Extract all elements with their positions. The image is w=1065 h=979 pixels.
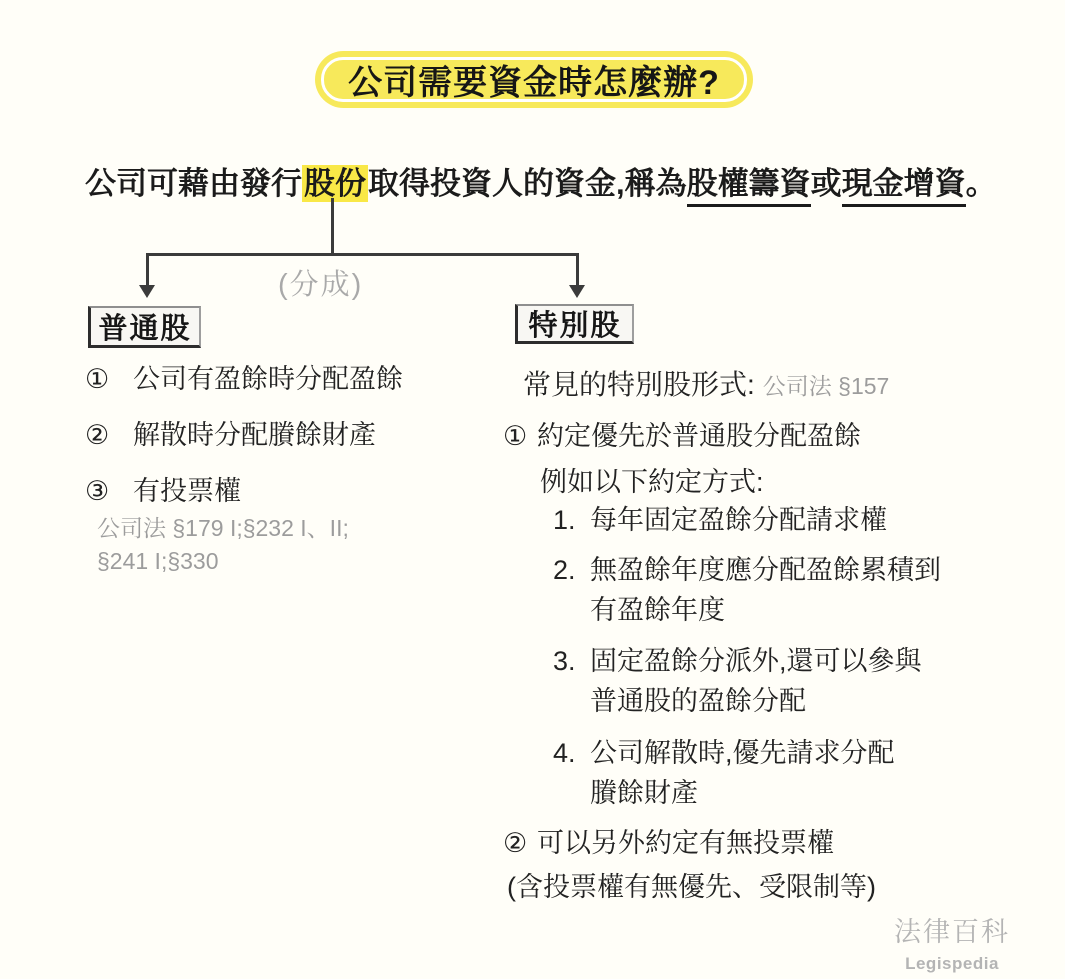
common-stock-law-reference: 公司法 §179 I;§232 I、II; §241 I;§330 [97,512,349,578]
down-arrow-icon-right [569,285,585,298]
voting-rights-note: (含投票權有無優先、受限制等) [507,865,876,904]
example-text: 無盈餘年度應分配盈餘累積到有盈餘年度 [590,550,941,630]
tree-stem-line [331,198,334,255]
underlined-term-2: 現金增資 [842,166,966,207]
underlined-term-1: 股權籌資 [687,166,811,207]
examples-intro: 例如以下約定方式: [540,460,764,499]
intro-sentence: 公司可藉由發行股份取得投資人的資金,稱為股權籌資或現金增資。 [85,158,997,203]
example-text: 每年固定盈餘分配請求權 [590,500,887,540]
example-text: 公司解散時,優先請求分配賸餘財產 [590,733,895,813]
example-1: 1. 每年固定盈餘分配請求權 [553,500,887,540]
intro-suffix: 。 [966,166,997,201]
item-text: 約定優先於普通股分配盈餘 [537,419,861,453]
heading-text: 常見的特別股形式: [523,369,755,400]
circled-number: ② [85,418,133,452]
example-4: 4. 公司解散時,優先請求分配賸餘財產 [553,733,895,813]
item-text: 解散時分配賸餘財產 [133,418,376,452]
preferred-stock-heading: 常見的特別股形式:公司法 §157 [523,363,889,403]
item-text: 有投票權 [133,474,241,508]
intro-prefix: 公司可藉由發行 [85,166,302,201]
example-3: 3. 固定盈餘分派外,還可以參與普通股的盈餘分配 [553,641,922,721]
page-title: 公司需要資金時怎麼辦? [348,55,720,104]
example-number: 4. [553,733,590,813]
heading-law-reference: 公司法 §157 [763,373,890,399]
tree-right-drop-line [576,253,579,287]
circled-number: ① [85,362,133,396]
item-text: 公司有盈餘時分配盈餘 [133,362,403,396]
preferred-stock-item-2: ② 可以另外約定有無投票權 [503,826,834,860]
common-stock-item-1: ① 公司有盈餘時分配盈餘 [85,362,403,396]
example-number: 2. [553,550,590,630]
brand-name: 法律百科 [892,910,1012,949]
example-number: 1. [553,500,590,540]
intro-conjunction: 或 [811,166,842,201]
item-text: 可以另外約定有無投票權 [537,826,834,860]
intro-middle: 取得投資人的資金,稱為 [368,166,687,201]
circled-number: ① [503,419,537,453]
example-text: 固定盈餘分派外,還可以參與普通股的盈餘分配 [590,641,922,721]
highlighted-term: 股份 [302,165,368,202]
common-stock-item-2: ② 解散時分配賸餘財產 [85,418,376,452]
tree-left-drop-line [146,253,149,287]
title-badge-inner-border: 公司需要資金時怎麼辦? [321,57,747,102]
common-stock-box: 普通股 [88,306,201,348]
common-stock-item-3: ③ 有投票權 [85,474,241,508]
brand-footer: 法律百科 Legispedia [892,910,1012,974]
preferred-stock-item-1: ① 約定優先於普通股分配盈餘 [503,419,861,453]
brand-name-english: Legispedia [892,954,1012,974]
circled-number: ③ [85,474,133,508]
tree-horizontal-line [146,253,579,256]
infographic-canvas: 公司需要資金時怎麼辦? 公司可藉由發行股份取得投資人的資金,稱為股權籌資或現金增… [0,0,1065,979]
down-arrow-icon-left [139,285,155,298]
preferred-stock-box: 特別股 [515,304,634,344]
title-badge: 公司需要資金時怎麼辦? [315,51,753,108]
branch-label: (分成) [278,262,363,303]
example-2: 2. 無盈餘年度應分配盈餘累積到有盈餘年度 [553,550,941,630]
example-number: 3. [553,641,590,721]
circled-number: ② [503,826,537,860]
